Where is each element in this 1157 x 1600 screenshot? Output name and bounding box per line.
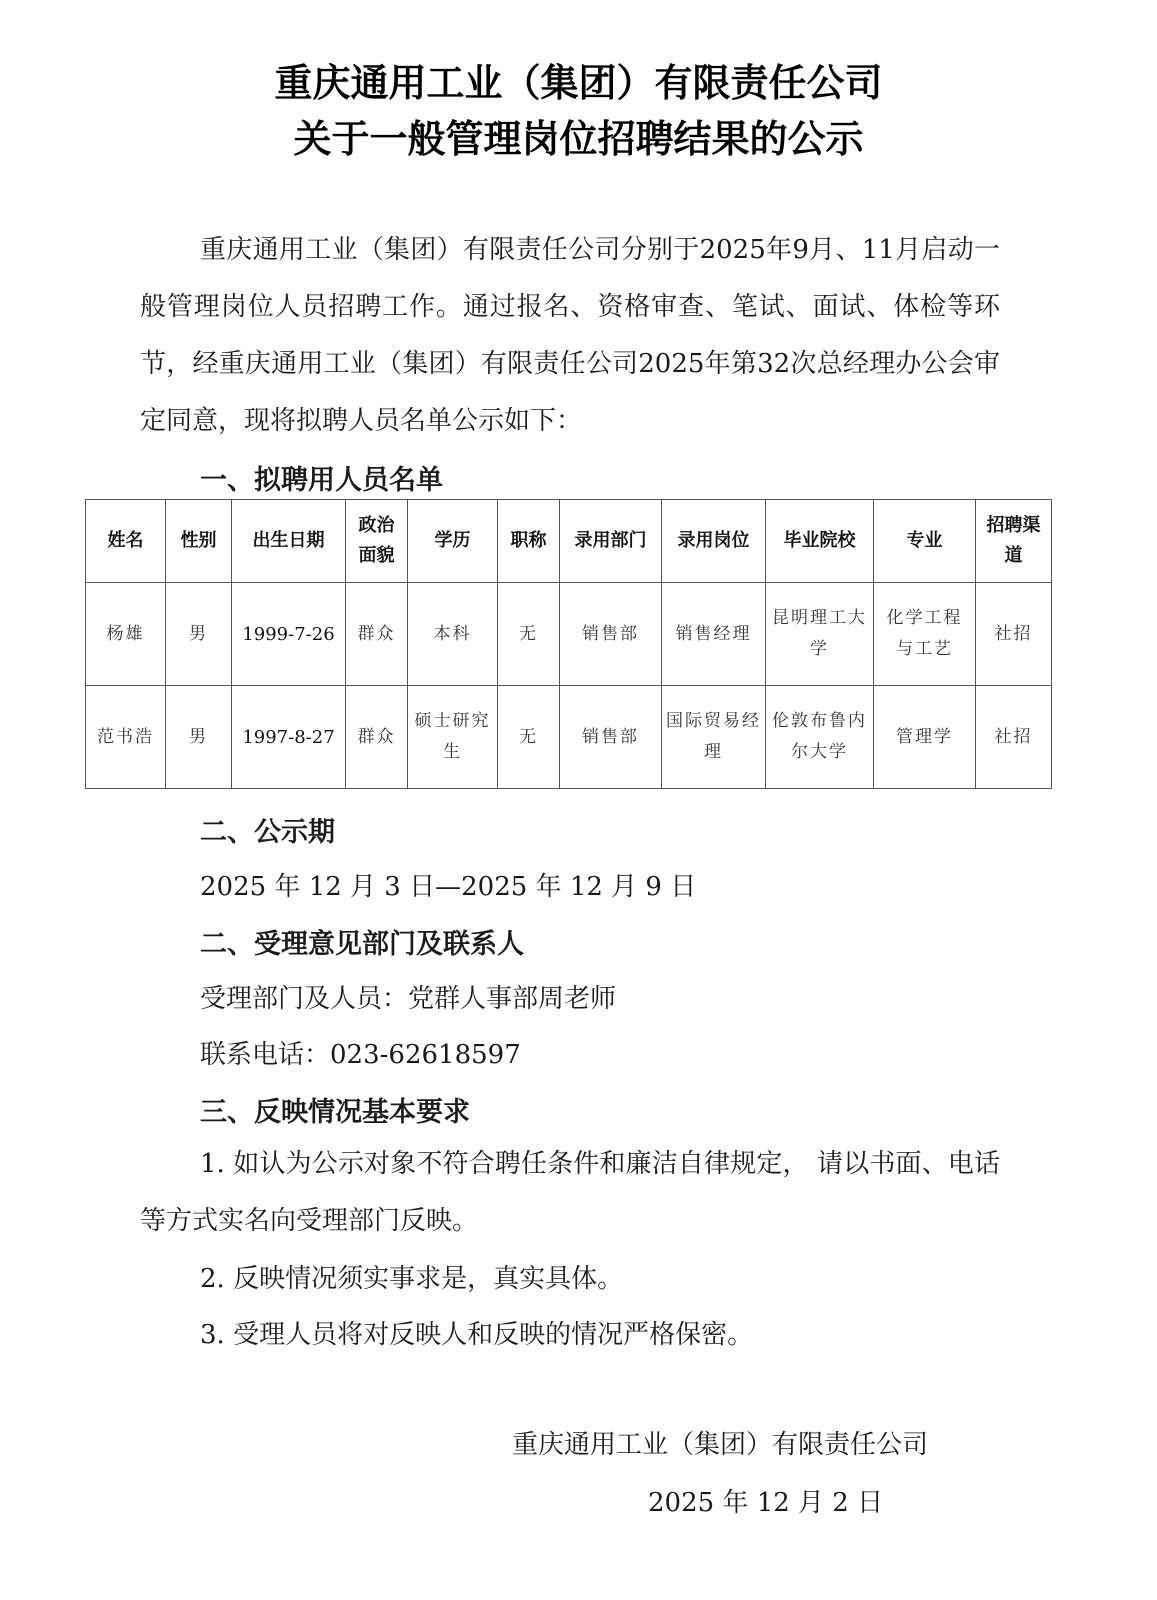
table-row: 杨雄 男 1999-7-26 群众 本科 无 销售部 销售经理 昆明理工大学 化… — [86, 583, 1052, 686]
cell-school: 伦敦布鲁内尔大学 — [766, 686, 874, 789]
cell-major: 化学工程与工艺 — [874, 583, 976, 686]
header-education: 学历 — [408, 500, 498, 583]
header-birthdate: 出生日期 — [232, 500, 346, 583]
header-channel: 招聘渠道 — [976, 500, 1052, 583]
cell-gender: 男 — [166, 686, 232, 789]
intro-paragraph: 重庆通用工业（集团）有限责任公司分别于2025年9月、11月启动一般管理岗位人员… — [140, 222, 1000, 450]
cell-name: 范书浩 — [86, 686, 166, 789]
header-major: 专业 — [874, 500, 976, 583]
document-title-line2: 关于一般管理岗位招聘结果的公示 — [0, 108, 1157, 163]
cell-name: 杨雄 — [86, 583, 166, 686]
section-heading-requirements: 三、反映情况基本要求 — [200, 1090, 470, 1129]
cell-position: 国际贸易经理 — [662, 686, 766, 789]
cell-gender: 男 — [166, 583, 232, 686]
header-department: 录用部门 — [560, 500, 662, 583]
cell-school: 昆明理工大学 — [766, 583, 874, 686]
cell-department: 销售部 — [560, 583, 662, 686]
header-name: 姓名 — [86, 500, 166, 583]
section-heading-roster: 一、拟聘用人员名单 — [200, 458, 443, 497]
cell-birthdate: 1999-7-26 — [232, 583, 346, 686]
table-row: 范书浩 男 1997-8-27 群众 硕士研究生 无 销售部 国际贸易经理 伦敦… — [86, 686, 1052, 789]
signature-date: 2025 年 12 月 2 日 — [648, 1482, 883, 1519]
cell-position: 销售经理 — [662, 583, 766, 686]
requirement-item-2: 2. 反映情况须实事求是，真实具体。 — [200, 1258, 623, 1295]
section-heading-period: 二、公示期 — [200, 810, 335, 849]
cell-political-status: 群众 — [346, 686, 408, 789]
cell-channel: 社招 — [976, 686, 1052, 789]
cell-political-status: 群众 — [346, 583, 408, 686]
signature-organization: 重庆通用工业（集团）有限责任公司 — [512, 1424, 928, 1461]
requirement-item-3: 3. 受理人员将对反映人和反映的情况严格保密。 — [200, 1314, 753, 1351]
header-school: 毕业院校 — [766, 500, 874, 583]
candidate-table: 姓名 性别 出生日期 政治面貌 学历 职称 录用部门 录用岗位 毕业院校 专业 … — [85, 499, 1052, 789]
section-heading-contact: 二、受理意见部门及联系人 — [200, 922, 524, 961]
cell-major: 管理学 — [874, 686, 976, 789]
cell-channel: 社招 — [976, 583, 1052, 686]
contact-phone: 联系电话：023-62618597 — [200, 1034, 521, 1071]
cell-education: 硕士研究生 — [408, 686, 498, 789]
cell-birthdate: 1997-8-27 — [232, 686, 346, 789]
cell-title: 无 — [498, 583, 560, 686]
requirement-item-1: 1. 如认为公示对象不符合聘任条件和廉洁自律规定， 请以书面、电话等方式实名向受… — [140, 1136, 1000, 1250]
cell-education: 本科 — [408, 583, 498, 686]
cell-department: 销售部 — [560, 686, 662, 789]
contact-department: 受理部门及人员：党群人事部周老师 — [200, 978, 616, 1015]
header-gender: 性别 — [166, 500, 232, 583]
document-title-line1: 重庆通用工业（集团）有限责任公司 — [0, 52, 1157, 107]
header-title: 职称 — [498, 500, 560, 583]
header-political-status: 政治面貌 — [346, 500, 408, 583]
header-position: 录用岗位 — [662, 500, 766, 583]
cell-title: 无 — [498, 686, 560, 789]
announcement-period: 2025 年 12 月 3 日—2025 年 12 月 9 日 — [200, 866, 696, 903]
table-header-row: 姓名 性别 出生日期 政治面貌 学历 职称 录用部门 录用岗位 毕业院校 专业 … — [86, 500, 1052, 583]
